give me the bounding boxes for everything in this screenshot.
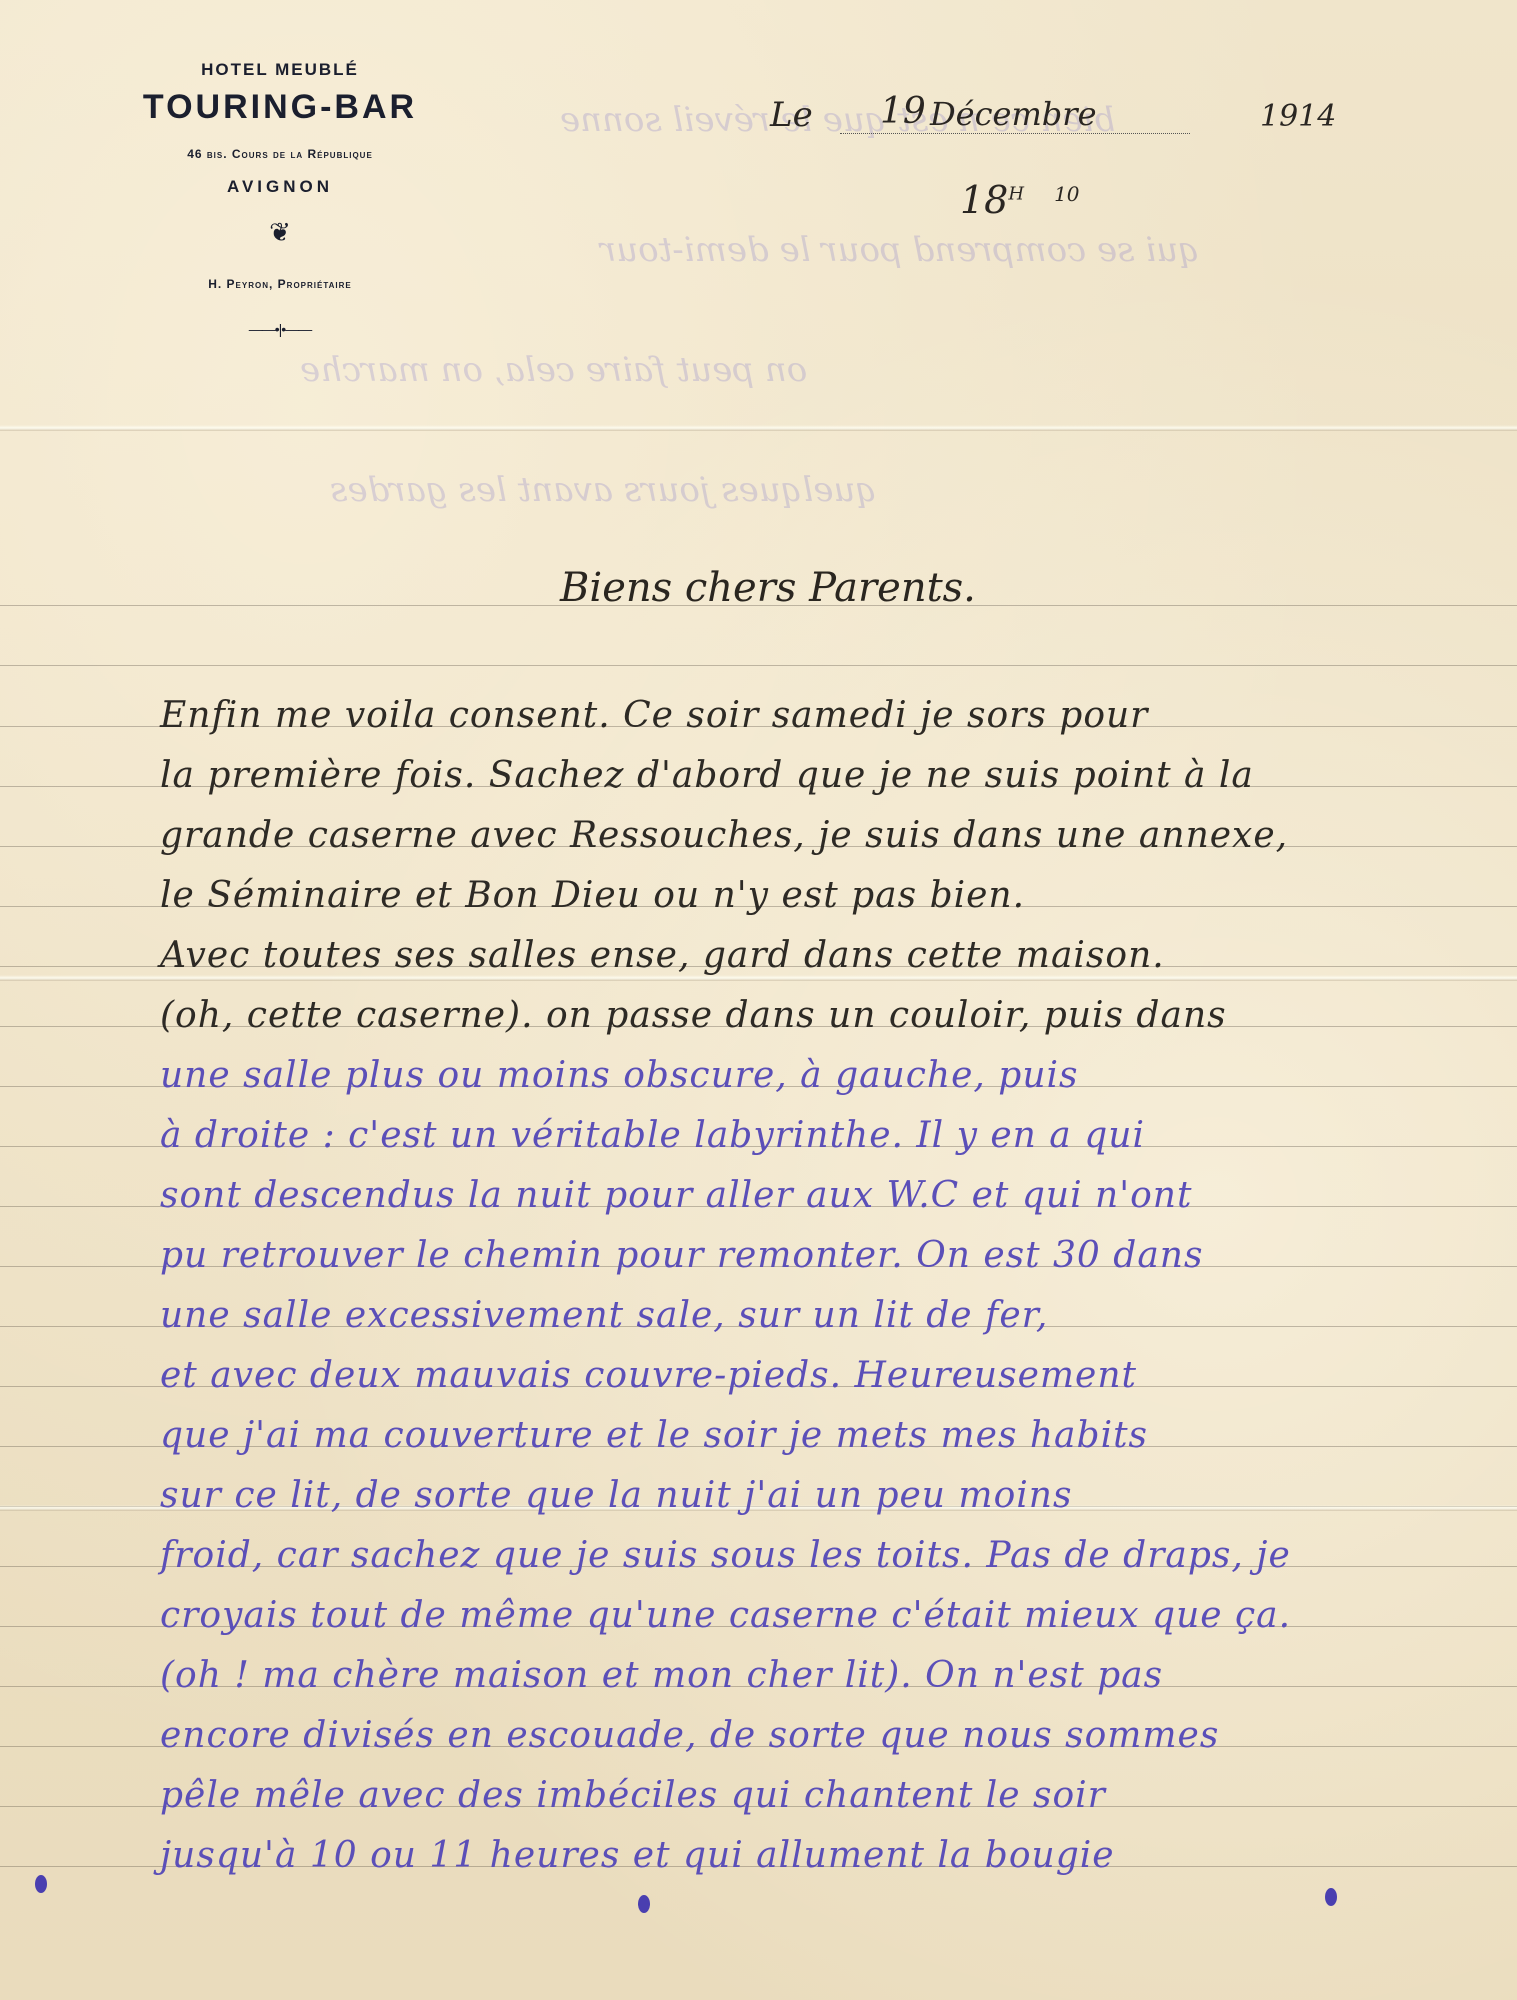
date-prefix: Le [770,95,813,135]
letter-line: pêle mêle avec des imbéciles qui chanten… [160,1775,1106,1816]
letterhead-address: 46 bis. Cours de la République [60,147,500,161]
letterhead: HOTEL MEUBLÉ TOURING-BAR 46 bis. Cours d… [60,60,500,337]
letter-line: la première fois. Sachez d'abord que je … [160,755,1254,796]
date-year: 1914 [1260,99,1336,134]
bleed-through-text: qui se comprend pour le demi-tour [600,230,1200,270]
letterhead-city: AVIGNON [60,177,500,197]
time-hour-mark: H [1008,183,1024,204]
salutation: Biens chers Parents. [560,565,976,611]
letter-line: sont descendus la nuit pour aller aux W.… [160,1175,1192,1216]
ink-blot [1325,1888,1337,1906]
letter-line: sur ce lit, de sorte que la nuit j'ai un… [160,1475,1072,1516]
date-dotted-line [840,133,1190,134]
date-month: Décembre [930,95,1097,133]
fleuron-ornament-icon: ❦ [60,219,500,245]
letter-line: jusqu'à 10 ou 11 heures et qui allument … [160,1835,1115,1876]
letter-line: grande caserne avec Ressouches, je suis … [160,815,1288,856]
ink-blot [638,1895,650,1913]
letter-line: et avec deux mauvais couvre-pieds. Heure… [160,1355,1137,1396]
letterhead-divider: ——•|•—— [60,321,500,337]
ruled-line [0,665,1517,666]
letter-line: (oh ! ma chère maison et mon cher lit). … [160,1655,1163,1696]
date-day: 19 [880,91,926,132]
letter-line: Enfin me voila consent. Ce soir samedi j… [160,695,1148,736]
time-written: 18H10 [960,178,1080,222]
letter-line: une salle excessivement sale, sur un lit… [160,1295,1048,1336]
fold-crease [0,425,1517,431]
letterhead-subtitle: HOTEL MEUBLÉ [60,60,500,80]
ink-blot [35,1875,47,1893]
letter-line: à droite : c'est un véritable labyrinthe… [160,1115,1145,1156]
letter-line: encore divisés en escouade, de sorte que… [160,1715,1219,1756]
letter-line: pu retrouver le chemin pour remonter. On… [160,1235,1203,1276]
letterhead-hotel-name: TOURING-BAR [60,88,500,127]
letterhead-owner: H. Peyron, Propriétaire [60,277,500,291]
letter-line: que j'ai ma couverture et le soir je met… [160,1415,1148,1456]
letter-line: (oh, cette caserne). on passe dans un co… [160,995,1227,1036]
dateline: Le 19 Décembre 1914 [770,95,1330,145]
letter-line: Avec toutes ses salles ense, gard dans c… [160,935,1165,976]
bleed-through-text: on peut faire cela, on marche [300,350,807,390]
time-hour: 18 [960,178,1008,222]
letter-line: une salle plus ou moins obscure, à gauch… [160,1055,1079,1096]
bleed-through-text: quelques jours avant les gardes [330,470,877,510]
time-minutes: 10 [1054,182,1079,206]
letter-line: froid, car sachez que je suis sous les t… [160,1535,1291,1576]
letter-line: le Séminaire et Bon Dieu ou n'y est pas … [160,875,1025,916]
letter-line: croyais tout de même qu'une caserne c'ét… [160,1595,1291,1636]
